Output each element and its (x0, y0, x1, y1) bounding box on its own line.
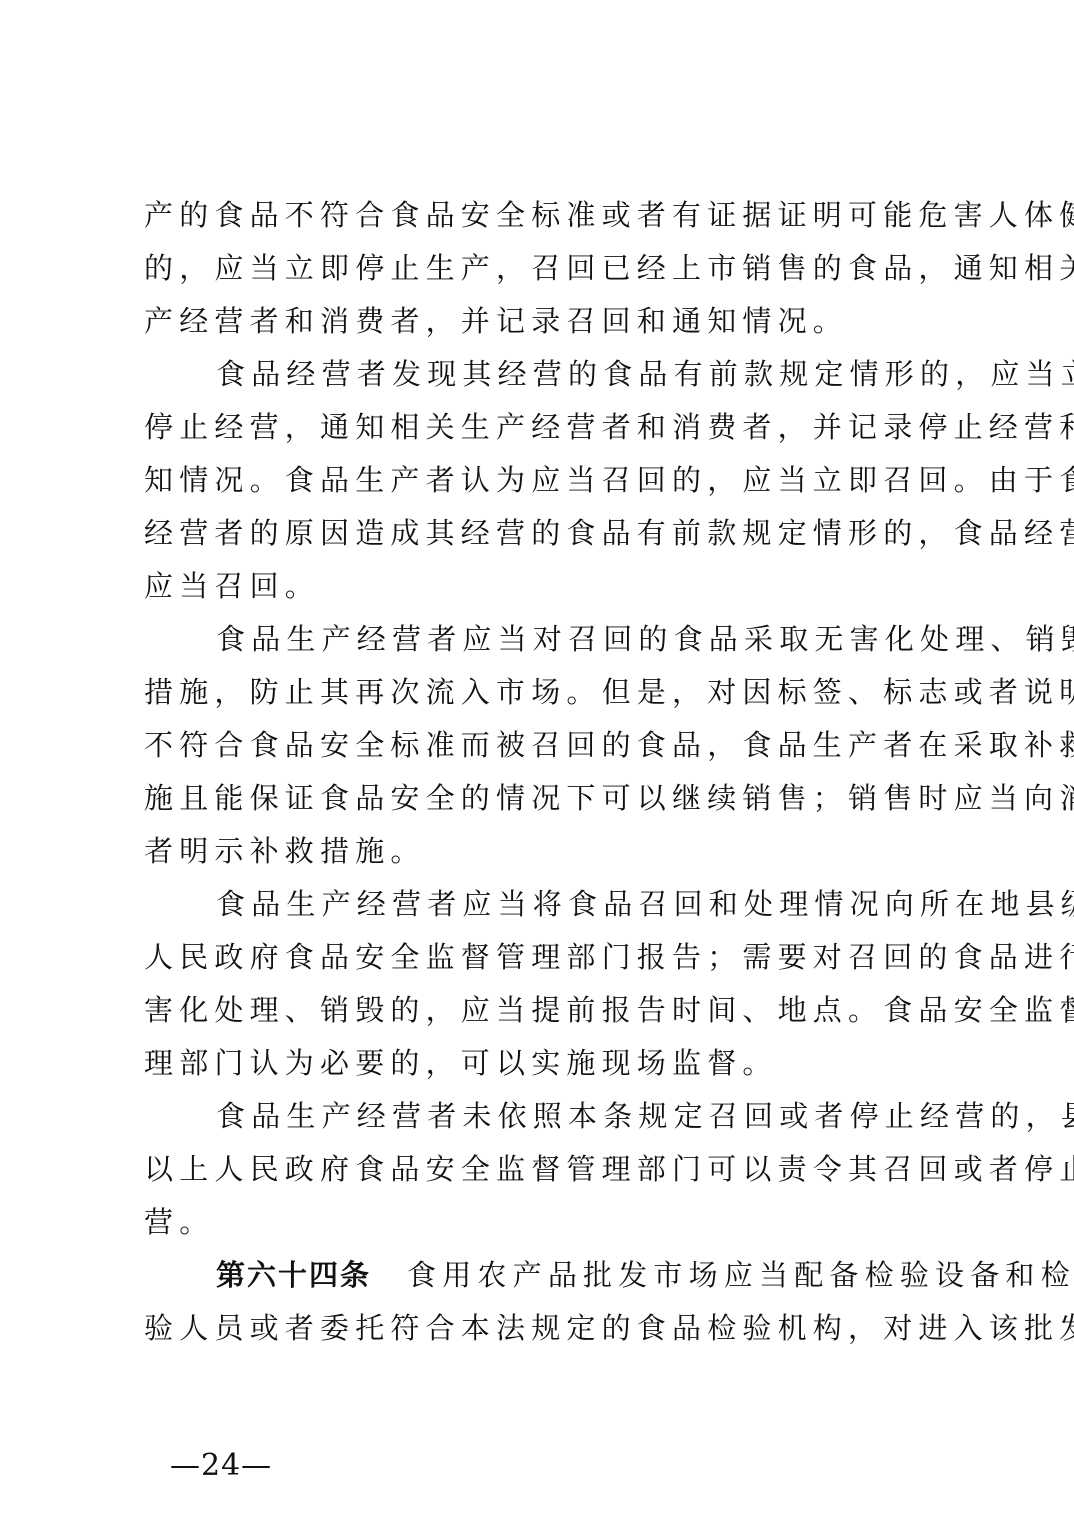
text-line: 产的食品不符合食品安全标准或者有证据证明可能危害人体健康 (144, 189, 944, 242)
paragraph-recall-operator: 食品经营者发现其经营的食品有前款规定情形的，应当立即 停止经营，通知相关生产经营… (144, 348, 944, 613)
text-line: 应当召回。 (144, 560, 944, 613)
paragraph-recall-producer: 产的食品不符合食品安全标准或者有证据证明可能危害人体健康 的，应当立即停止生产，… (144, 189, 944, 348)
text-line: 产经营者和消费者，并记录召回和通知情况。 (144, 295, 944, 348)
paragraph-recall-enforcement: 食品生产经营者未依照本条规定召回或者停止经营的，县级 以上人民政府食品安全监督管… (144, 1090, 944, 1249)
text-line: 食品生产经营者未依照本条规定召回或者停止经营的，县级 (144, 1090, 944, 1143)
article-64: 第六十四条食用农产品批发市场应当配备检验设备和检 验人员或者委托符合本法规定的食… (144, 1249, 944, 1355)
text-line: 营。 (144, 1196, 944, 1249)
text-line: 施且能保证食品安全的情况下可以继续销售；销售时应当向消费 (144, 772, 944, 825)
document-page: 产的食品不符合食品安全标准或者有证据证明可能危害人体健康 的，应当立即停止生产，… (0, 0, 1074, 1520)
text-line: 食用农产品批发市场应当配备检验设备和检 (407, 1258, 1074, 1292)
text-line: 不符合食品安全标准而被召回的食品，食品生产者在采取补救措 (144, 719, 944, 772)
paragraph-recall-report: 食品生产经营者应当将食品召回和处理情况向所在地县级 人民政府食品安全监督管理部门… (144, 878, 944, 1090)
article-first-line: 第六十四条食用农产品批发市场应当配备检验设备和检 (144, 1249, 944, 1302)
body-text: 产的食品不符合食品安全标准或者有证据证明可能危害人体健康 的，应当立即停止生产，… (144, 189, 944, 1355)
text-line: 措施，防止其再次流入市场。但是，对因标签、标志或者说明书 (144, 666, 944, 719)
text-line: 害化处理、销毁的，应当提前报告时间、地点。食品安全监督管 (144, 984, 944, 1037)
text-line: 食品经营者发现其经营的食品有前款规定情形的，应当立即 (144, 348, 944, 401)
article-heading: 第六十四条 (216, 1258, 371, 1292)
text-line: 验人员或者委托符合本法规定的食品检验机构，对进入该批发市 (144, 1302, 944, 1355)
text-line: 知情况。食品生产者认为应当召回的，应当立即召回。由于食品 (144, 454, 944, 507)
text-line: 食品生产经营者应当对召回的食品采取无害化处理、销毁等 (144, 613, 944, 666)
paragraph-recall-disposal: 食品生产经营者应当对召回的食品采取无害化处理、销毁等 措施，防止其再次流入市场。… (144, 613, 944, 878)
text-line: 人民政府食品安全监督管理部门报告；需要对召回的食品进行无 (144, 931, 944, 984)
text-line: 食品生产经营者应当将食品召回和处理情况向所在地县级 (144, 878, 944, 931)
text-line: 以上人民政府食品安全监督管理部门可以责令其召回或者停止经 (144, 1143, 944, 1196)
text-line: 经营者的原因造成其经营的食品有前款规定情形的，食品经营者 (144, 507, 944, 560)
text-line: 者明示补救措施。 (144, 825, 944, 878)
text-line: 停止经营，通知相关生产经营者和消费者，并记录停止经营和通 (144, 401, 944, 454)
page-number: —24— (170, 1448, 272, 1483)
text-line: 理部门认为必要的，可以实施现场监督。 (144, 1037, 944, 1090)
text-line: 的，应当立即停止生产，召回已经上市销售的食品，通知相关生 (144, 242, 944, 295)
